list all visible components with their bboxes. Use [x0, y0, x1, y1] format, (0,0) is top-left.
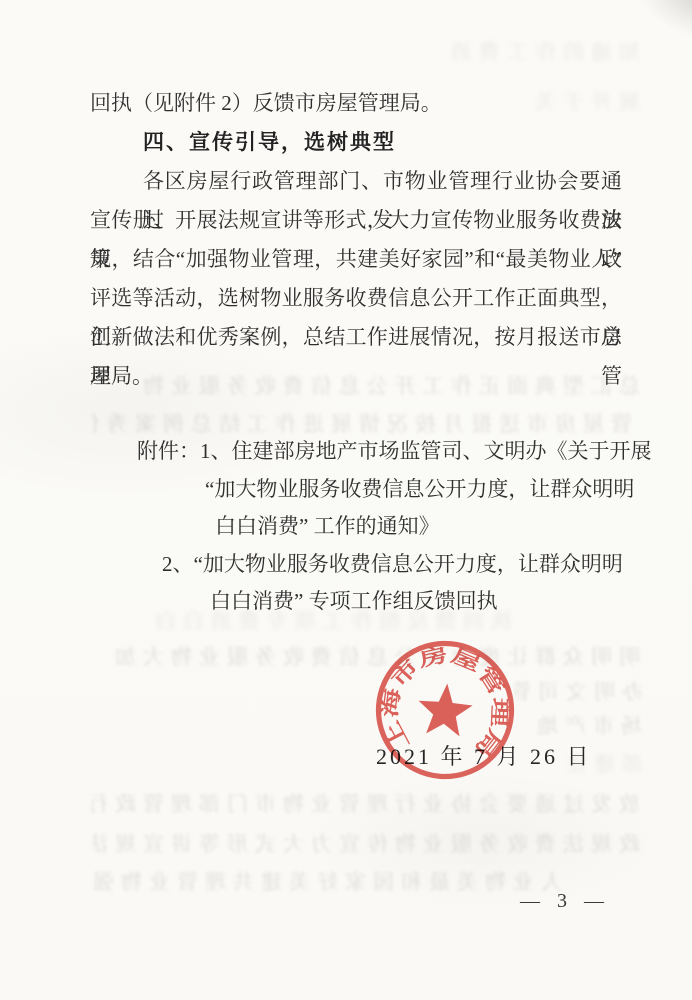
paragraph-line: 创新做法和优秀案例，总结工作进展情况，按月报送市房屋管	[90, 318, 622, 357]
scan-corner-shadow	[635, 0, 692, 37]
paragraph-line: 策，结合“加强物业管理，共建美好家园”和“最美物业人”	[90, 240, 622, 279]
attachment-list: 附件：1、住建部房地产市场监管司、文明办《关于开展 “加大物业服务收费信息公开力…	[90, 433, 630, 621]
paragraph-line: 宣传册、开展法规宣讲等形式，大力宣传物业服务收费法规政	[90, 201, 622, 240]
page-number: — 3 —	[520, 890, 610, 913]
bleedthrough-text: 场市产地	[520, 710, 642, 740]
official-seal: 上海市房屋管理局	[369, 634, 521, 786]
bleedthrough-text: 政规法费收务服业物传宣力大式形等讲宣规法展开册传宣	[92, 828, 640, 858]
attachment-line: 白白消费” 专项工作组反馈回执	[90, 583, 630, 621]
scanned-document-page: 知通的作工费消 展开于关 总汇型典面正作工开公息信费收务服业物树选动活等选评 管…	[0, 0, 692, 1000]
paragraph-line: 各区房屋行政管理部门、市物业管理行业协会要通过发放	[90, 162, 622, 201]
bleedthrough-text: 明明众群让度力开公息信费收务服业物大加	[92, 641, 640, 671]
document-body: 回执（见附件 2）反馈市房屋管理局。 四、宣传引导，选树典型 各区房屋行政管理部…	[90, 84, 622, 396]
attachment-line: “加大物业服务收费信息公开力度，让群众明明	[90, 471, 630, 509]
paragraph-line: 评选等活动，选树物业服务收费信息公开工作正面典型，汇总	[90, 279, 622, 318]
seal-star-icon	[416, 681, 474, 737]
attachment-line: 白白消费” 工作的通知》	[90, 508, 630, 546]
attachment-line: 附件：1、住建部房地产市场监管司、文明办《关于开展	[90, 433, 630, 471]
bleedthrough-text: 人业物美最和园家好美建共理管业物强加合结策	[92, 866, 562, 896]
bleedthrough-text: 办明文司管监	[515, 676, 643, 706]
bleedthrough-text: 知通的作工费消	[385, 36, 640, 66]
intro-line: 回执（见附件 2）反馈市房屋管理局。	[90, 84, 622, 123]
section-heading: 四、宣传引导，选树典型	[90, 123, 622, 162]
attachment-line: 2、“加大物业服务收费信息公开力度，让群众明明	[90, 546, 630, 584]
bleedthrough-text: 放发过通要会协业行理管业物市门部理管政行屋房区各	[92, 788, 640, 818]
